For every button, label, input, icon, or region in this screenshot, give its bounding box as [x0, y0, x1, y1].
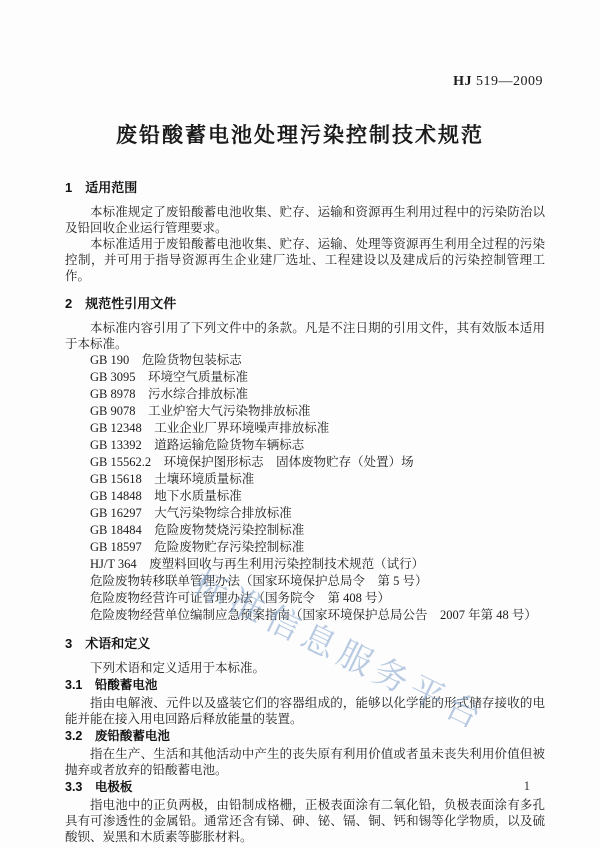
section-2-heading: 2 规范性引用文件: [65, 297, 545, 311]
reference-item: GB 3095 环境空气质量标准: [90, 369, 545, 386]
doc-number: HJ519—2009: [453, 74, 543, 90]
reference-item: GB 18597 危险废物贮存污染控制标准: [90, 539, 545, 556]
section-3-intro: 下列术语和定义适用于本标准。: [65, 660, 545, 676]
section-1-paragraph-1: 本标准规定了废铅酸蓄电池收集、贮存、运输和资源再生利用过程中的污染防治以及铅回收…: [65, 204, 545, 236]
section-1-paragraph-2: 本标准适用于废铅酸蓄电池收集、贮存、运输、处理等资源再生利用全过程的污染控制，并…: [65, 236, 545, 284]
doc-number-prefix: HJ: [453, 74, 472, 89]
reference-item: GB 190 危险货物包装标志: [90, 352, 545, 369]
reference-list: GB 190 危险货物包装标志 GB 3095 环境空气质量标准 GB 8978…: [65, 352, 545, 624]
reference-item: GB 15562.2 环境保护图形标志 固体废物贮存（处置）场: [90, 454, 545, 471]
reference-item: GB 14848 地下水质量标准: [90, 488, 545, 505]
term-3-1-heading: 3.1 铅酸蓄电池: [65, 677, 545, 694]
reference-item: GB 18484 危险废物焚烧污染控制标准: [90, 522, 545, 539]
reference-item: 危险废物经营许可证管理办法（国务院令 第 408 号）: [90, 590, 545, 607]
reference-item: GB 12348 工业企业厂界环境噪声排放标准: [90, 420, 545, 437]
reference-item: 危险废物经营单位编制应急预案指南（国家环境保护总局公告 2007 年第 48 号…: [90, 607, 545, 624]
section-2-intro: 本标准内容引用了下列文件中的条款。凡是不注日期的引用文件，其有效版本适用于本标准…: [65, 320, 545, 352]
term-3-2-definition: 指在生产、生活和其他活动中产生的丧失原有利用价值或者虽未丧失利用价值但被抛弃或者…: [65, 746, 545, 778]
reference-item: 危险废物转移联单管理办法（国家环境保护总局令 第 5 号）: [90, 573, 545, 590]
term-3-1-definition: 指由电解液、元件以及盛装它们的容器组成的，能够以化学能的形式储存接收的电能并能在…: [65, 695, 545, 727]
document-page: 标准信息服务平台 HJ519—2009 废铅酸蓄电池处理污染控制技术规范 1 适…: [0, 0, 600, 849]
doc-number-value: 519—2009: [476, 74, 543, 89]
reference-item: GB 9078 工业炉窑大气污染物排放标准: [90, 403, 545, 420]
section-3-heading: 3 术语和定义: [65, 637, 545, 651]
page-number: 1: [524, 779, 530, 794]
reference-item: GB 13392 道路运输危险货物车辆标志: [90, 437, 545, 454]
term-3-3-definition: 指电池中的正负两极，由铅制成格栅，正极表面涂有二氧化铅，负极表面涂有多孔具有可渗…: [65, 797, 545, 845]
reference-item: GB 8978 污水综合排放标准: [90, 386, 545, 403]
document-title: 废铅酸蓄电池处理污染控制技术规范: [0, 119, 600, 149]
reference-item: GB 15618 土壤环境质量标准: [90, 471, 545, 488]
document-body: 1 适用范围 本标准规定了废铅酸蓄电池收集、贮存、运输和资源再生利用过程中的污染…: [65, 181, 545, 845]
section-1-heading: 1 适用范围: [65, 181, 545, 195]
term-3-3-heading: 3.3 电极板: [65, 779, 545, 796]
reference-item: HJ/T 364 废塑料回收与再生利用污染控制技术规范（试行）: [90, 556, 545, 573]
reference-item: GB 16297 大气污染物综合排放标准: [90, 505, 545, 522]
term-3-2-heading: 3.2 废铅酸蓄电池: [65, 728, 545, 745]
